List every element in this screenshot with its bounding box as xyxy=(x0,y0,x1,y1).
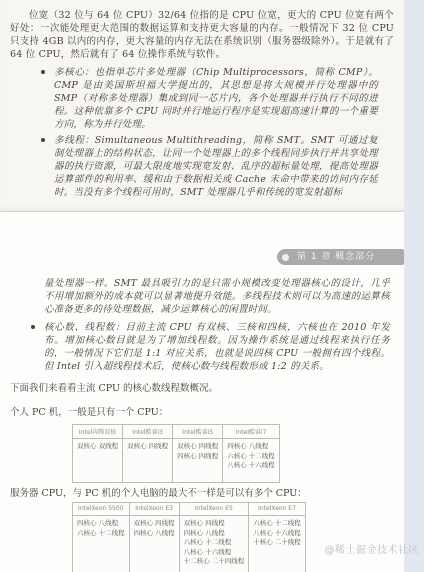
page-bottom: 第 1 章 概念部分 量处理器一样。SMT 最具吸引力的是只需小规模改变处理器核… xyxy=(0,222,404,572)
pc-cpu-table: Intel奔腾双核 Intel酷睿i3 Intel酷睿i5 Intel酷睿i7 … xyxy=(72,424,280,483)
bullet-list: 多核心：也指单芯片多处理器（Chip Multiprocessors，简称 CM… xyxy=(10,66,394,199)
bullet-multithread-text: 多线程：Simultaneous Multithreading，简称 SMT。S… xyxy=(54,135,378,198)
server-cpu-table: IntelXeon 5500 IntelXeon E3 IntelXeon E5… xyxy=(72,502,306,572)
table-cell: 四核心 八线程六核心 十二线程 xyxy=(73,516,130,572)
column-header: Intel奔腾双核 xyxy=(73,425,123,439)
table-row: 四核心 八线程六核心 十二线程 双核心 四线程四核心 八线程 双核心 四线程四核… xyxy=(73,516,306,572)
paragraph-smt-continuation: 量处理器一样。SMT 最具吸引力的是只需小规模改变处理器核心的设计，几乎不用增加… xyxy=(44,277,390,316)
bullet-multicore: 多核心：也指单芯片多处理器（Chip Multiprocessors，简称 CM… xyxy=(54,66,378,131)
bullet-icon xyxy=(41,138,45,142)
bullet-core-thread-count: 核心数、线程数：目前主流 CPU 有双核、三核和四核，六核也在 2010 年发布… xyxy=(44,321,390,373)
bullet-icon xyxy=(41,70,45,74)
column-header: IntelXeon E7 xyxy=(249,503,306,516)
chapter-badge-label: 第 1 章 概念部分 xyxy=(297,252,375,262)
table-row: 双核心 双线程 双核心 四线程 双核心 四线程四核心 四线程 四核心 八线程六核… xyxy=(73,439,280,483)
page-top: 位宽（32 位与 64 位 CPU）32/64 位指的是 CPU 位宽，更大的 … xyxy=(0,0,404,212)
table-cell: 双核心 四线程 xyxy=(123,439,173,483)
line-personal-pc: 个人 PC 机，一般是只有一个 CPU： xyxy=(10,406,396,419)
juejin-watermark: @稀土掘金技术社区 xyxy=(325,541,420,556)
column-header: Intel酷睿i3 xyxy=(123,425,173,439)
table-cell: 双核心 四线程四核心 八线程六核心 十二线程八核心 十六线程十二核心 二十四线程 xyxy=(179,516,249,572)
column-header: IntelXeon 5500 xyxy=(73,503,130,516)
table-header-row: Intel奔腾双核 Intel酷睿i3 Intel酷睿i5 Intel酷睿i7 xyxy=(73,425,280,439)
chapter-header-badge: 第 1 章 概念部分 xyxy=(277,249,404,265)
bullet-multicore-text: 多核心：也指单芯片多处理器（Chip Multiprocessors，简称 CM… xyxy=(54,67,378,130)
table-cell: 双核心 四线程四核心 八线程 xyxy=(129,516,179,572)
column-header: IntelXeon E5 xyxy=(179,503,249,516)
book-page-photo: 位宽（32 位与 64 位 CPU）32/64 位指的是 CPU 位宽，更大的 … xyxy=(0,0,424,572)
bullet-multithread: 多线程：Simultaneous Multithreading，简称 SMT。S… xyxy=(54,134,378,199)
page-edge-strip xyxy=(404,0,424,572)
column-header: IntelXeon E3 xyxy=(129,503,179,516)
table-header-row: IntelXeon 5500 IntelXeon E3 IntelXeon E5… xyxy=(73,503,306,516)
bullet-icon xyxy=(31,325,35,329)
chapter-badge-dot-icon xyxy=(282,254,289,261)
bullet-core-thread-count-text: 核心数、线程数：目前主流 CPU 有双核、三核和四核，六核也在 2010 年发布… xyxy=(44,322,390,372)
column-header: Intel酷睿i7 xyxy=(223,425,280,439)
column-header: Intel酷睿i5 xyxy=(173,425,223,439)
table-cell: 四核心 八线程六核心 十二线程八核心 十六线程 xyxy=(223,439,280,483)
table-cell: 双核心 四线程四核心 四线程 xyxy=(173,439,223,483)
paragraph-bit-width: 位宽（32 位与 64 位 CPU）32/64 位指的是 CPU 位宽，更大的 … xyxy=(10,9,394,61)
table-cell: 六核心 十二线程八核心 十六线程十核心 二十线程 xyxy=(249,516,306,572)
table-cell: 双核心 双线程 xyxy=(73,439,123,483)
line-overview: 下面我们来看看主流 CPU 的核心数线程数概况。 xyxy=(10,382,396,395)
line-server-cpu: 服务器 CPU，与 PC 机的个人电脑的最大不一样是可以有多个 CPU： xyxy=(10,487,396,500)
